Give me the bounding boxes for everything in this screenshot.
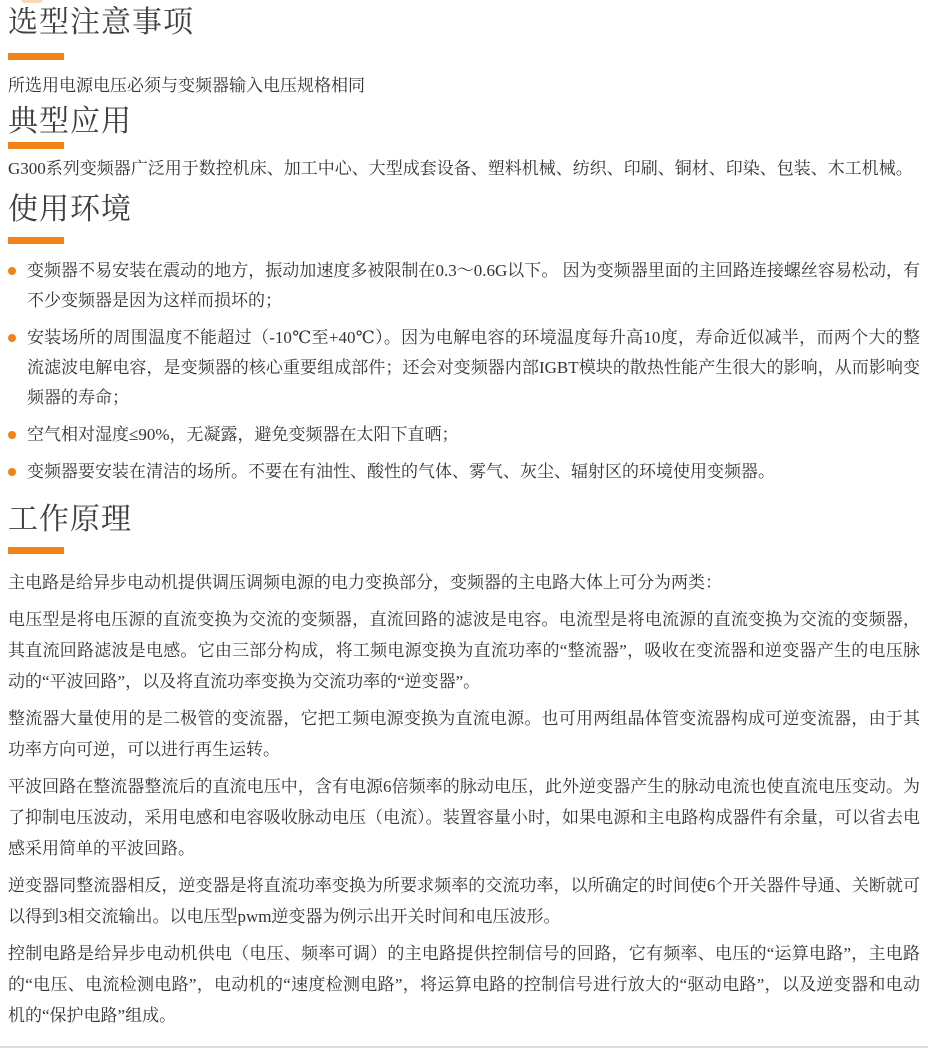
bullet-dot-icon: [8, 468, 16, 476]
paragraph-smoothing-circuit: 平波回路在整流器整流后的直流电压中，含有电源6倍频率的脉动电压，此外逆变器产生的…: [8, 771, 920, 864]
paragraph-control-circuit: 控制电路是给异步电动机供电（电压、频率可调）的主电路提供控制信号的回路，它有频率…: [8, 938, 920, 1031]
list-item-temperature: 安装场所的周围温度不能超过（-10℃至+40℃）。因为电解电容的环境温度每升高1…: [27, 323, 920, 413]
section-heading-usage-environment: 使用环境: [8, 193, 920, 226]
paragraph-main-circuit: 主电路是给异步电动机提供调压调频电源的电力变换部分，变频器的主电路大体上可分为两…: [8, 567, 920, 598]
paragraph-inverter: 逆变器同整流器相反，逆变器是将直流功率变换为所要求频率的交流功率，以所确定的时间…: [8, 870, 920, 932]
section-usage-environment: 使用环境 变频器不易安装在震动的地方，振动加速度多被限制在0.3～0.6G以下。…: [8, 193, 920, 487]
list-item-text: 变频器要安装在清洁的场所。不要在有油性、酸性的气体、雾气、灰尘、辐射区的环境使用…: [27, 462, 775, 481]
list-item-humidity: 空气相对湿度≤90%，无凝露，避免变频器在太阳下直晒；: [27, 420, 920, 450]
section-typical-applications: 典型应用 G300系列变频器广泛用于数控机床、加工中心、大型成套设备、塑料机械、…: [8, 105, 920, 184]
list-item-text: 变频器不易安装在震动的地方，振动加速度多被限制在0.3～0.6G以下。 因为变频…: [27, 261, 920, 310]
paragraph-typical-applications: G300系列变频器广泛用于数控机床、加工中心、大型成套设备、塑料机械、纺织、印刷…: [8, 154, 920, 184]
heading-accent-bar: [8, 53, 64, 60]
document-page: 选型注意事项 所选用电源电压必须与变频器输入电压规格相同 典型应用 G300系列…: [0, 0, 928, 1031]
section-heading-typical-applications: 典型应用: [8, 105, 920, 138]
heading-accent-bar: [8, 547, 64, 554]
environment-requirements-list: 变频器不易安装在震动的地方，振动加速度多被限制在0.3～0.6G以下。 因为变频…: [8, 256, 920, 487]
list-item-vibration: 变频器不易安装在震动的地方，振动加速度多被限制在0.3～0.6G以下。 因为变频…: [27, 256, 920, 316]
heading-accent-bar: [8, 237, 64, 244]
bullet-dot-icon: [8, 431, 16, 439]
paragraph-rectifier: 整流器大量使用的是二极管的变流器，它把工频电源变换为直流电源。也可用两组晶体管变…: [8, 703, 920, 765]
heading-accent-bar: [8, 142, 64, 149]
bullet-dot-icon: [8, 334, 16, 342]
section-selection-notes: 选型注意事项 所选用电源电压必须与变频器输入电压规格相同: [8, 6, 920, 101]
section-heading-selection-notes: 选型注意事项: [8, 6, 920, 39]
paragraph-voltage-current-type: 电压型是将电压源的直流变换为交流的变频器，直流回路的滤波是电容。电流型是将电流源…: [8, 604, 920, 697]
list-item-text: 空气相对湿度≤90%，无凝露，避免变频器在太阳下直晒；: [27, 425, 459, 444]
list-item-text: 安装场所的周围温度不能超过（-10℃至+40℃）。因为电解电容的环境温度每升高1…: [27, 328, 920, 407]
section-working-principle: 工作原理 主电路是给异步电动机提供调压调频电源的电力变换部分，变频器的主电路大体…: [8, 503, 920, 1031]
top-accent-fragment: [21, 0, 43, 3]
section-heading-working-principle: 工作原理: [8, 503, 920, 536]
paragraph-selection-note: 所选用电源电压必须与变频器输入电压规格相同: [8, 71, 920, 101]
list-item-cleanliness: 变频器要安装在清洁的场所。不要在有油性、酸性的气体、雾气、灰尘、辐射区的环境使用…: [27, 457, 920, 487]
bullet-dot-icon: [8, 267, 16, 275]
